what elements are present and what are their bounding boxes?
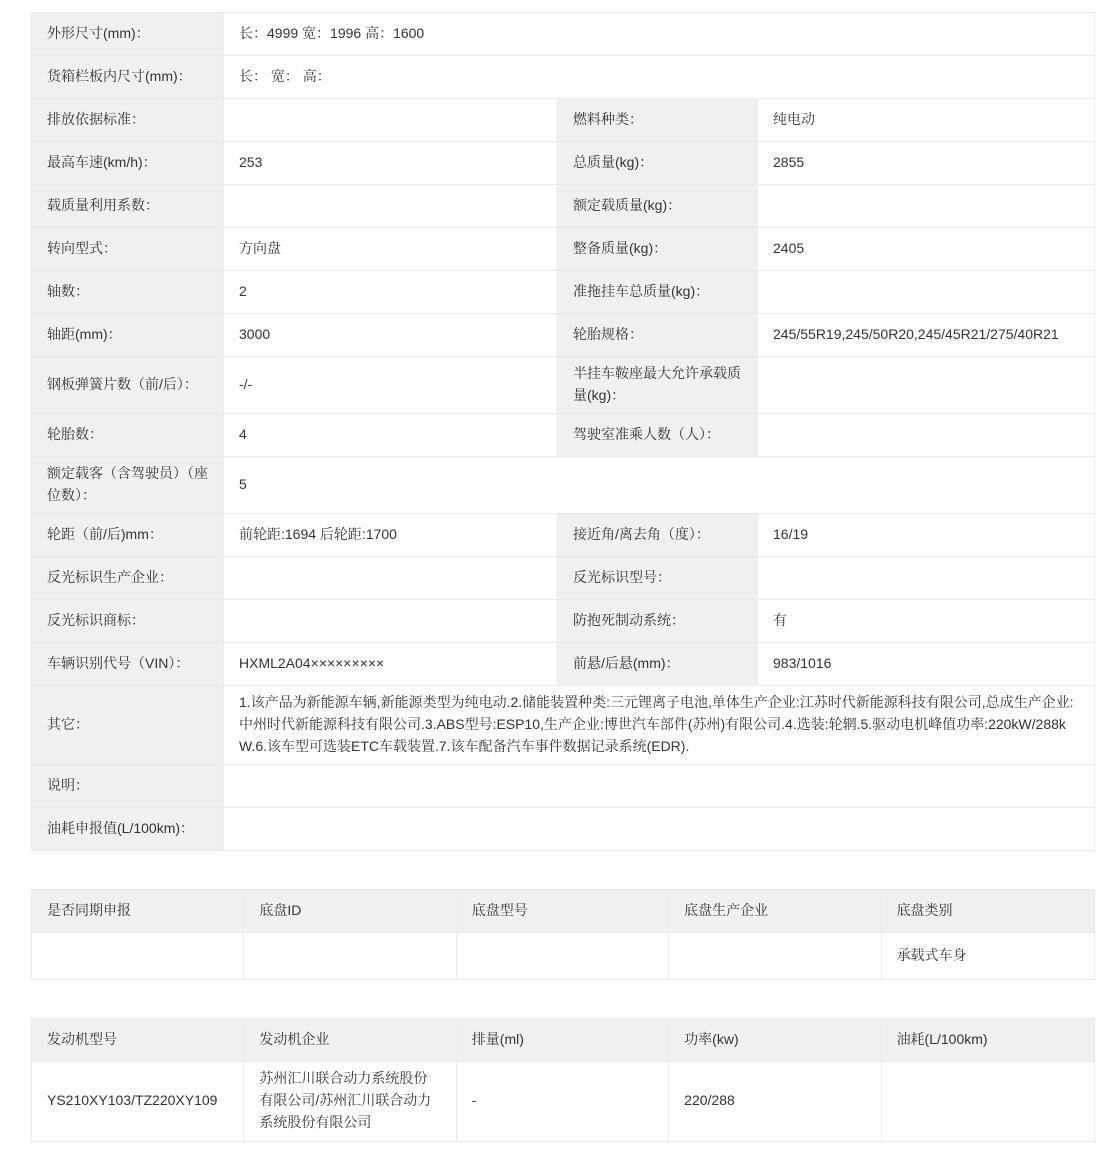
- chassis-value-model: [457, 933, 669, 979]
- spec-label-max-speed: 最高车速(km/h)：: [32, 142, 224, 184]
- spec-value-wheelbase: 3000: [224, 314, 558, 356]
- spec-label-curb-weight: 整备质量(kg)：: [558, 228, 758, 270]
- spec-label-cab-passengers: 驾驶室准乘人数（人）：: [558, 414, 758, 456]
- table-row: 排放依据标准： 燃料种类： 纯电动: [32, 99, 1094, 142]
- spec-value-seating-capacity: 5: [224, 457, 1094, 513]
- spec-label-steering-type: 转向型式：: [32, 228, 224, 270]
- chassis-header-id: 底盘ID: [244, 890, 456, 932]
- engine-header-fuel-consumption: 油耗(L/100km): [882, 1019, 1094, 1061]
- engine-header-model: 发动机型号: [32, 1019, 244, 1061]
- chassis-value-manufacturer: [669, 933, 881, 979]
- spec-label-reflector-model: 反光标识型号：: [558, 557, 758, 599]
- spec-label-reflector-brand: 反光标识商标：: [32, 600, 224, 642]
- chassis-data-row: 承载式车身: [32, 933, 1094, 979]
- engine-header-row: 发动机型号 发动机企业 排量(ml) 功率(kw) 油耗(L/100km): [32, 1019, 1094, 1062]
- engine-value-fuel-consumption: [882, 1062, 1094, 1141]
- spec-label-approach-angle: 接近角/离去角（度）：: [558, 514, 758, 556]
- spec-table: 外形尺寸(mm)： 长：4999 宽：1996 高：1600 货箱栏板内尺寸(m…: [31, 12, 1095, 851]
- spec-value-curb-weight: 2405: [758, 228, 1094, 270]
- spec-label-axle-count: 轴数：: [32, 271, 224, 313]
- spec-label-load-utilization: 载质量利用系数：: [32, 185, 224, 227]
- table-row: 轮距（前/后)mm： 前轮距:1694 后轮距:1700 接近角/离去角（度）：…: [32, 514, 1094, 557]
- spec-label-wheelbase: 轴距(mm)：: [32, 314, 224, 356]
- spec-value-emission-standard: [224, 99, 558, 141]
- spec-value-reflector-manufacturer: [224, 557, 558, 599]
- spec-value-axle-count: 2: [224, 271, 558, 313]
- chassis-value-concurrent: [32, 933, 244, 979]
- engine-value-displacement: -: [457, 1062, 669, 1141]
- spec-label-vin: 车辆识别代号（VIN）：: [32, 643, 224, 685]
- table-row: 最高车速(km/h)： 253 总质量(kg)： 2855: [32, 142, 1094, 185]
- chassis-header-category: 底盘类别: [882, 890, 1094, 932]
- spec-label-cargo-box: 货箱栏板内尺寸(mm)：: [32, 56, 224, 98]
- engine-value-manufacturer: 苏州汇川联合动力系统股份有限公司/苏州汇川联合动力系统股份有限公司: [244, 1062, 456, 1141]
- spec-label-fuel-type: 燃料种类：: [558, 99, 758, 141]
- spec-value-fuel-consumption-declared: [224, 808, 1094, 850]
- spec-value-tire-spec: 245/55R19,245/50R20,245/45R21/275/40R21: [758, 314, 1094, 356]
- table-row: 外形尺寸(mm)： 长：4999 宽：1996 高：1600: [32, 13, 1094, 56]
- chassis-header-concurrent: 是否同期申报: [32, 890, 244, 932]
- spec-value-leaf-springs: -/-: [224, 357, 558, 413]
- spec-value-tire-count: 4: [224, 414, 558, 456]
- spec-value-gross-mass: 2855: [758, 142, 1094, 184]
- spec-value-cargo-box: 长： 宽： 高：: [224, 56, 1094, 98]
- vehicle-spec-page: 外形尺寸(mm)： 长：4999 宽：1996 高：1600 货箱栏板内尺寸(m…: [0, 12, 1117, 1158]
- spec-value-vin: HXML2A04×××××××××: [224, 643, 558, 685]
- spec-label-saddle-load: 半挂车鞍座最大允许承载质量(kg)：: [558, 357, 758, 413]
- spec-value-cab-passengers: [758, 414, 1094, 456]
- table-row: 油耗申报值(L/100km)：: [32, 808, 1094, 851]
- table-row: 说明：: [32, 765, 1094, 808]
- chassis-header-row: 是否同期申报 底盘ID 底盘型号 底盘生产企业 底盘类别: [32, 890, 1094, 933]
- spec-label-tire-spec: 轮胎规格：: [558, 314, 758, 356]
- table-row: 载质量利用系数： 额定载质量(kg)：: [32, 185, 1094, 228]
- spec-value-other: 1.该产品为新能源车辆,新能源类型为纯电动.2.储能装置种类:三元锂离子电池,单…: [224, 686, 1094, 764]
- spec-value-track-width: 前轮距:1694 后轮距:1700: [224, 514, 558, 556]
- engine-table: 发动机型号 发动机企业 排量(ml) 功率(kw) 油耗(L/100km) YS…: [31, 1018, 1095, 1142]
- table-row: 轴数： 2 准拖挂车总质量(kg)：: [32, 271, 1094, 314]
- spec-label-gross-mass: 总质量(kg)：: [558, 142, 758, 184]
- engine-header-power: 功率(kw): [669, 1019, 881, 1061]
- spec-label-track-width: 轮距（前/后)mm：: [32, 514, 224, 556]
- table-row: 钢板弹簧片数（前/后）： -/- 半挂车鞍座最大允许承载质量(kg)：: [32, 357, 1094, 414]
- spec-label-abs-system: 防抱死制动系统：: [558, 600, 758, 642]
- spec-value-approach-angle: 16/19: [758, 514, 1094, 556]
- spec-value-steering-type: 方向盘: [224, 228, 558, 270]
- spec-value-dimensions: 长：4999 宽：1996 高：1600: [224, 13, 1094, 55]
- chassis-header-manufacturer: 底盘生产企业: [669, 890, 881, 932]
- table-row: 转向型式： 方向盘 整备质量(kg)： 2405: [32, 228, 1094, 271]
- chassis-table: 是否同期申报 底盘ID 底盘型号 底盘生产企业 底盘类别 承载式车身: [31, 889, 1095, 980]
- spec-value-abs-system: 有: [758, 600, 1094, 642]
- spec-label-trailer-mass: 准拖挂车总质量(kg)：: [558, 271, 758, 313]
- table-row: 反光标识生产企业： 反光标识型号：: [32, 557, 1094, 600]
- table-row: 额定载客（含驾驶员）（座位数）： 5: [32, 457, 1094, 514]
- table-row: 反光标识商标： 防抱死制动系统： 有: [32, 600, 1094, 643]
- table-row: 轴距(mm)： 3000 轮胎规格： 245/55R19,245/50R20,2…: [32, 314, 1094, 357]
- spec-label-notes: 说明：: [32, 765, 224, 807]
- spec-value-load-utilization: [224, 185, 558, 227]
- engine-value-model: YS210XY103/TZ220XY109: [32, 1062, 244, 1141]
- engine-value-power: 220/288: [669, 1062, 881, 1141]
- engine-data-row: YS210XY103/TZ220XY109 苏州汇川联合动力系统股份有限公司/苏…: [32, 1062, 1094, 1141]
- spec-value-trailer-mass: [758, 271, 1094, 313]
- spec-label-seating-capacity: 额定载客（含驾驶员）（座位数）：: [32, 457, 224, 513]
- spec-label-reflector-manufacturer: 反光标识生产企业：: [32, 557, 224, 599]
- spec-label-emission-standard: 排放依据标准：: [32, 99, 224, 141]
- table-row: 货箱栏板内尺寸(mm)： 长： 宽： 高：: [32, 56, 1094, 99]
- spec-label-fuel-consumption-declared: 油耗申报值(L/100km)：: [32, 808, 224, 850]
- engine-header-manufacturer: 发动机企业: [244, 1019, 456, 1061]
- spec-label-overhang: 前悬/后悬(mm)：: [558, 643, 758, 685]
- spec-value-overhang: 983/1016: [758, 643, 1094, 685]
- spec-value-notes: [224, 765, 1094, 807]
- chassis-header-model: 底盘型号: [457, 890, 669, 932]
- engine-header-displacement: 排量(ml): [457, 1019, 669, 1061]
- spec-value-saddle-load: [758, 357, 1094, 413]
- spec-label-rated-load: 额定载质量(kg)：: [558, 185, 758, 227]
- table-row: 轮胎数： 4 驾驶室准乘人数（人）：: [32, 414, 1094, 457]
- spec-value-fuel-type: 纯电动: [758, 99, 1094, 141]
- spec-label-other: 其它：: [32, 686, 224, 764]
- table-row: 其它： 1.该产品为新能源车辆,新能源类型为纯电动.2.储能装置种类:三元锂离子…: [32, 686, 1094, 765]
- spec-value-rated-load: [758, 185, 1094, 227]
- chassis-value-category: 承载式车身: [882, 933, 1094, 979]
- spec-label-tire-count: 轮胎数：: [32, 414, 224, 456]
- spec-label-dimensions: 外形尺寸(mm)：: [32, 13, 224, 55]
- spec-value-reflector-brand: [224, 600, 558, 642]
- table-row: 车辆识别代号（VIN）： HXML2A04××××××××× 前悬/后悬(mm)…: [32, 643, 1094, 686]
- spec-label-leaf-springs: 钢板弹簧片数（前/后）：: [32, 357, 224, 413]
- chassis-value-id: [244, 933, 456, 979]
- spec-value-reflector-model: [758, 557, 1094, 599]
- spec-value-max-speed: 253: [224, 142, 558, 184]
